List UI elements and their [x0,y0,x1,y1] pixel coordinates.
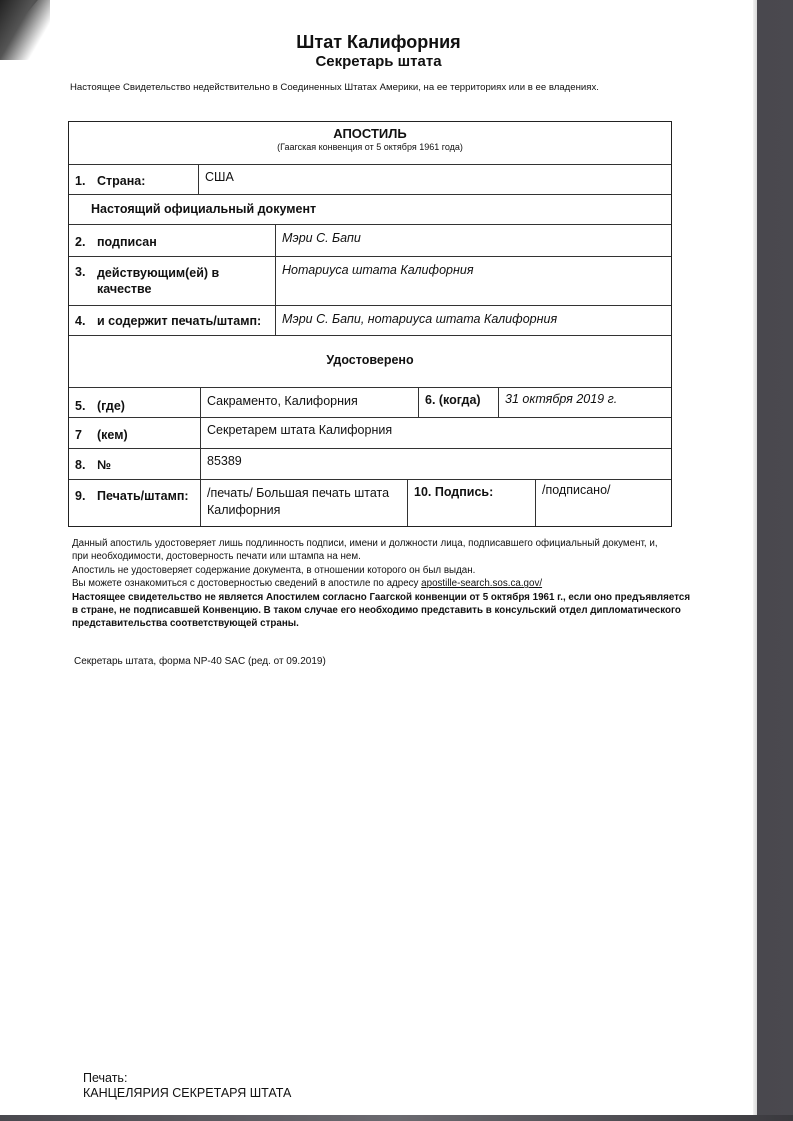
row-number: 8. № 85389 [69,448,671,479]
number-value: 85389 [200,449,671,479]
acting-as-value: Нотариуса штата Калифорния [275,257,671,305]
field-number: 2. [75,235,97,249]
by-whom-label: 7 (кем) [69,418,200,448]
disclaimer-line-2: Апостиль не удостоверяет содержание доку… [72,564,712,577]
row-signed-by: 2. подписан Мэри С. Бапи [69,224,671,256]
field-number: 5. [75,399,97,413]
apostille-table: АПОСТИЛЬ (Гаагская конвенция от 5 октябр… [68,121,672,527]
verification-text: Вы можете ознакомиться с достоверностью … [72,578,421,589]
verification-link[interactable]: apostille-search.sos.ca.gov/ [421,578,542,589]
page-subtitle: Секретарь штата [0,53,757,70]
when-value: 31 октября 2019 г. [498,388,671,417]
by-whom-value: Секретарем штата Калифорния [200,418,671,448]
form-reference: Секретарь штата, форма NP-40 SAC (ред. о… [74,656,326,667]
field-number: 7 [75,428,97,442]
field-number: 4. [75,314,97,328]
field-label: подписан [97,235,157,249]
stamp-label: 9. Печать/штамп: [69,480,200,526]
section-certified-row: Удостоверено [69,335,671,387]
field-label: № [97,458,111,472]
field-number: 9. [75,489,97,503]
disclaimer-line-3: Вы можете ознакомиться с достоверностью … [72,577,712,590]
field-number: 1. [75,174,97,188]
field-label: (где) [97,399,125,413]
row-seal: 4. и содержит печать/штамп: Мэри С. Бапи… [69,305,671,335]
corner-shadow [0,0,50,60]
apostille-title: АПОСТИЛЬ [333,126,407,141]
signed-by-label: 2. подписан [69,225,275,256]
field-label: действующим(ей) в качестве [97,265,247,297]
stamp-value: /печать/ Большая печать штата Калифорния [200,480,407,526]
section-document-row: Настоящий официальный документ [69,194,671,224]
number-label: 8. № [69,449,200,479]
document-page: Штат Калифорния Секретарь штата Настояще… [0,0,757,1116]
row-country: 1. Страна: США [69,164,671,194]
page-title: Штат Калифорния [0,32,757,53]
signature-value: /подписано/ [535,480,671,526]
section-document-heading: Настоящий официальный документ [69,195,316,224]
field-number: 8. [75,458,97,472]
field-number: 3. [75,265,97,279]
footer-seal-value: КАНЦЕЛЯРИЯ СЕКРЕТАРЯ ШТАТА [83,1086,291,1101]
validity-note: Настоящее Свидетельство недействительно … [70,82,680,93]
field-label: (кем) [97,428,128,442]
row-stamp-signature: 9. Печать/штамп: /печать/ Большая печать… [69,479,671,526]
signed-by-value: Мэри С. Бапи [275,225,671,256]
disclaimer-bold-note: Настоящее свидетельство не является Апос… [72,591,697,631]
signature-label: 10. Подпись: [407,480,535,526]
disclaimer-line-1: Данный апостиль удостоверяет лишь подлин… [72,537,662,564]
field-label: и содержит печать/штамп: [97,314,261,328]
country-value: США [198,165,671,194]
footer-seal-label: Печать: [83,1071,291,1086]
disclaimer-text: Данный апостиль удостоверяет лишь подлин… [72,537,712,631]
apostille-title-row: АПОСТИЛЬ (Гаагская конвенция от 5 октябр… [69,122,671,164]
where-value: Сакраменто, Калифорния [200,388,418,417]
where-label: 5. (где) [69,388,200,417]
footer-seal: Печать: КАНЦЕЛЯРИЯ СЕКРЕТАРЯ ШТАТА [83,1071,291,1101]
row-acting-as: 3. действующим(ей) в качестве Нотариуса … [69,256,671,305]
row-by-whom: 7 (кем) Секретарем штата Калифорния [69,417,671,448]
row-where-when: 5. (где) Сакраменто, Калифорния 6. (когд… [69,387,671,417]
seal-label: 4. и содержит печать/штамп: [69,306,275,335]
country-label: 1. Страна: [69,165,198,194]
when-label: 6. (когда) [418,388,498,417]
scanner-edge [0,1115,793,1121]
section-certified-heading: Удостоверено [69,336,671,387]
field-label: Страна: [97,174,145,188]
acting-as-label: 3. действующим(ей) в качестве [69,257,275,305]
convention-note: (Гаагская конвенция от 5 октября 1961 го… [277,142,463,152]
seal-value: Мэри С. Бапи, нотариуса штата Калифорния [275,306,671,335]
field-label: Печать/штамп: [97,489,189,503]
